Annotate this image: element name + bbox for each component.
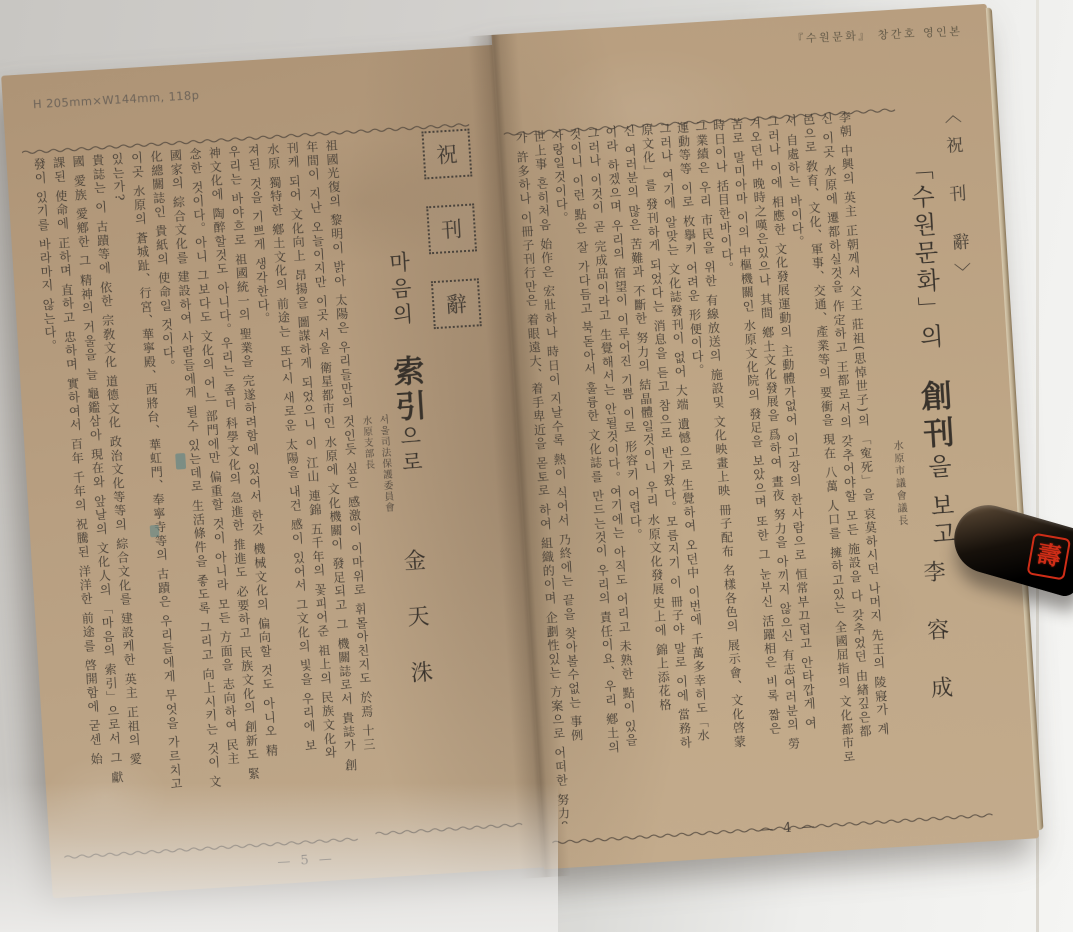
- title-pre: 마음의: [386, 251, 415, 330]
- page-number-right: — 4 —: [760, 819, 818, 838]
- title-main: 創刊: [914, 379, 955, 455]
- title-post: 을 보고: [923, 453, 957, 550]
- edition-label: 『수원문화』 창간호 영인본: [792, 23, 963, 47]
- right-page: 『수원문화』 창간호 영인본 〈祝 刊 辭〉 「수원문화」의 創刊을 보고 水原…: [492, 4, 1040, 869]
- author-name-right: 李容成: [916, 559, 958, 735]
- section-header-boxes: 祝 刊 辭: [421, 129, 481, 330]
- header-box-gan: 刊: [426, 203, 477, 254]
- author-affiliation-left: 水原支部長 서울司法保護委員會: [358, 414, 395, 515]
- body-text-left: 祖國光復의 黎明이 밝아 太陽은 우리들만의 것인듯 싶은 感激이 이마위로 휘…: [24, 139, 382, 836]
- title-post: 으로: [397, 424, 424, 477]
- title-main: 索引: [386, 354, 426, 426]
- open-book: H 205mm×W144mm, 118p 祝 刊 辭 마음의 索引으로 水原支部…: [0, 4, 1039, 908]
- author-name-left: 金天洙: [397, 548, 438, 718]
- spec-label: H 205mm×W144mm, 118p: [33, 88, 200, 111]
- body-text-right: 李朝 中興의 英主 正朝께서 父王 莊祖(思悼世子)의 「寃死」을 哀莫하시던 …: [506, 110, 897, 824]
- author-affiliation-right: 水原市議會議長: [889, 440, 909, 528]
- header-box-chuk: 祝: [421, 129, 472, 180]
- page-number-left: — 5 —: [277, 851, 335, 870]
- ink-smudge: [150, 525, 160, 538]
- left-page: H 205mm×W144mm, 118p 祝 刊 辭 마음의 索引으로 水原支部…: [1, 45, 544, 898]
- top-rule: [21, 112, 472, 146]
- header-box-sa: 辭: [431, 278, 482, 329]
- photo-scene: H 205mm×W144mm, 118p 祝 刊 辭 마음의 索引으로 水原支部…: [0, 0, 1073, 932]
- bottom-rule: [375, 813, 523, 828]
- title-pre: 「수원문화」의: [904, 156, 944, 353]
- red-seal-icon: 壽: [1026, 533, 1071, 581]
- ink-smudge: [175, 453, 186, 470]
